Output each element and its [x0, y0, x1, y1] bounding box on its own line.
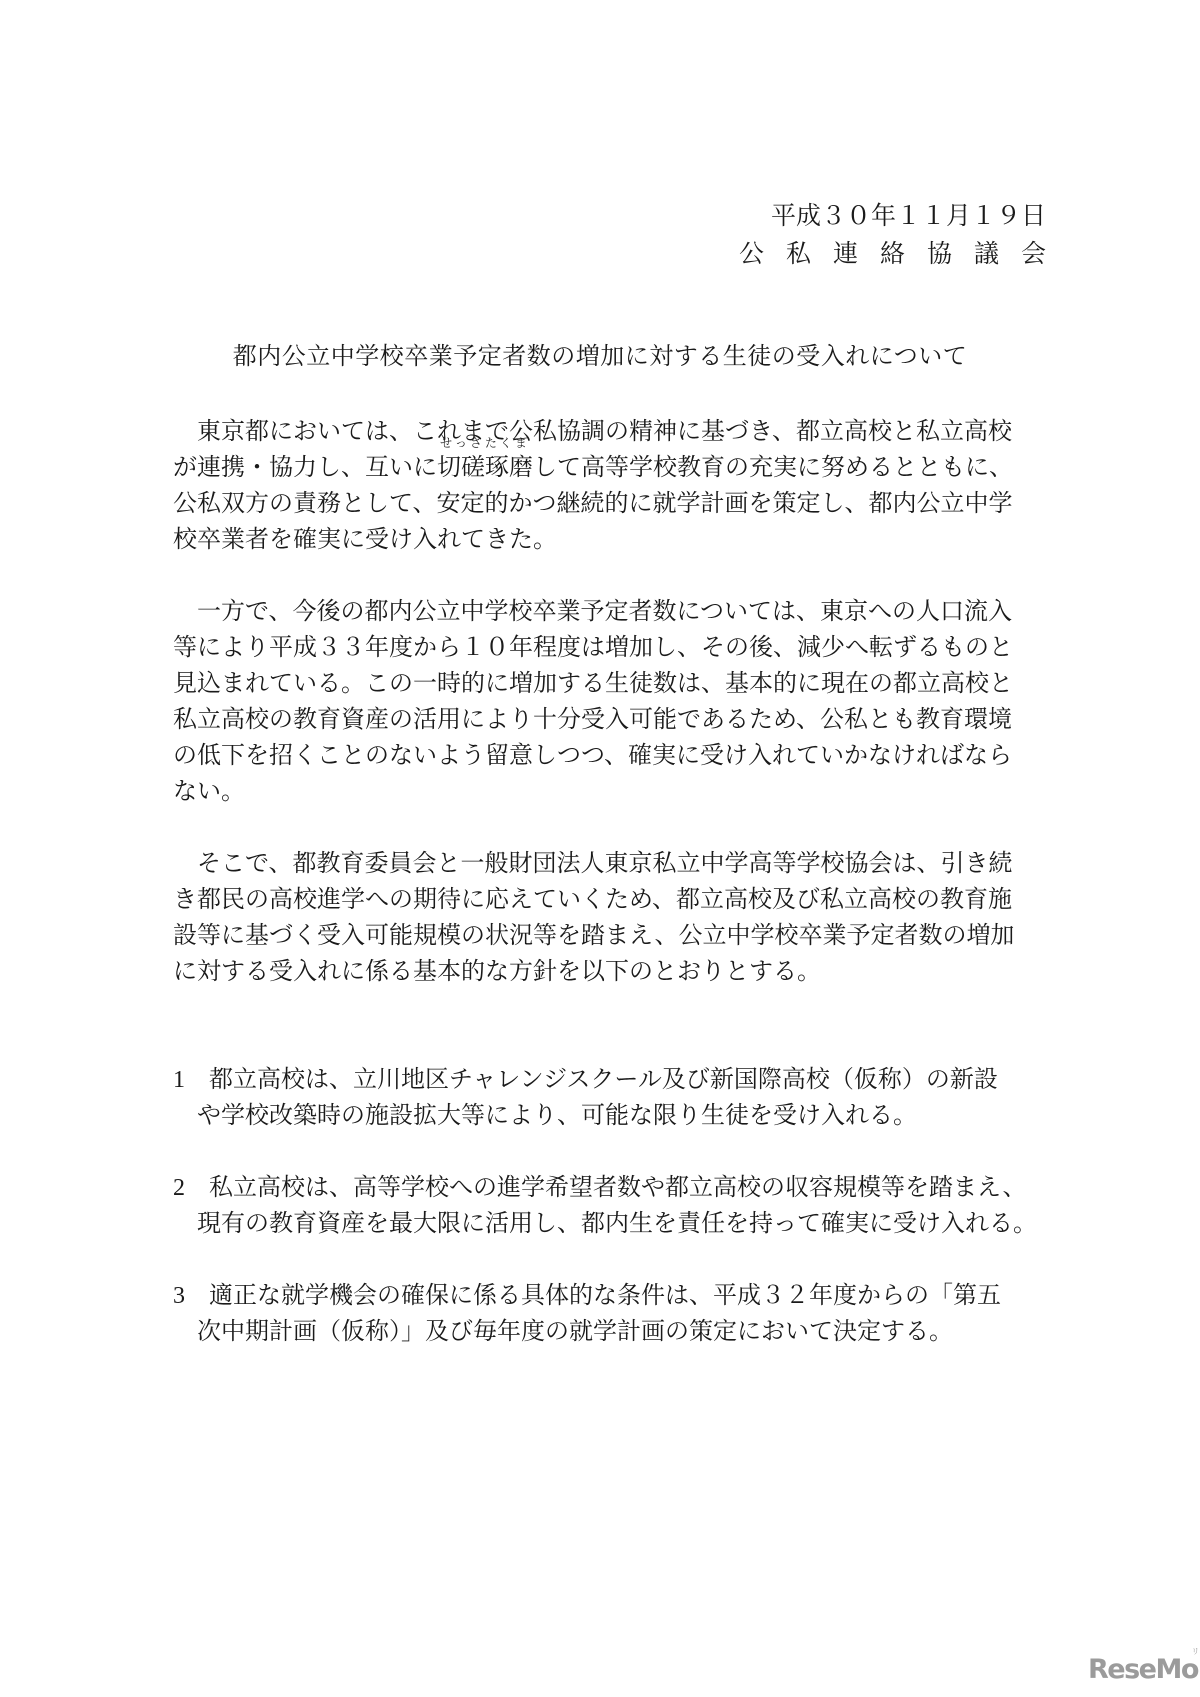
numbered-item-3: 3 適正な就学機会の確保に係る具体的な条件は、平成３２年度からの「第五 次中期計… [173, 1278, 1043, 1350]
document-title: 都内公立中学校卒業予定者数の増加に対する生徒の受入れについて [0, 336, 1200, 371]
text-line: き都民の高校進学への期待に応えていくため、都立高校及び私立高校の教育施 [173, 882, 1043, 918]
paragraph-1: 東京都においては、これまで公私協調の精神に基づき、都立高校と私立高校 が連携・協… [173, 414, 1043, 558]
text-line: 公私双方の責務として、安定的かつ継続的に就学計画を策定し、都内公立中学 [173, 486, 1043, 522]
text-line: 2 私立高校は、高等学校への進学希望者数や都立高校の収容規模等を踏まえ、 [173, 1170, 1043, 1206]
document-organization: 公私連絡協議会 [734, 236, 1068, 274]
text-line: 見込まれている。この一時的に増加する生徒数は、基本的に現在の都立高校と [173, 666, 1043, 702]
text-line: 設等に基づく受入可能規模の状況等を踏まえ、公立中学校卒業予定者数の増加 [173, 918, 1043, 954]
text-line: 一方で、今後の都内公立中学校卒業予定者数については、東京への人口流入 [173, 594, 1043, 630]
text-line: そこで、都教育委員会と一般財団法人東京私立中学高等学校協会は、引き続 [173, 846, 1043, 882]
text-line: 等により平成３３年度から１０年程度は増加し、その後、減少へ転ずるものと [173, 630, 1043, 666]
document-date: 平成３０年１１月１９日 [734, 198, 1046, 236]
resemom-logo-text: ReseMom. [1088, 1654, 1200, 1685]
text-segment: が連携・協力し、互いに [173, 455, 437, 481]
resemom-logo: リセマムReseMom. [1088, 1655, 1200, 1685]
furigana-ruby: せっさたくま切磋琢磨 [437, 450, 533, 486]
text-line: 3 適正な就学機会の確保に係る具体的な条件は、平成３２年度からの「第五 [173, 1278, 1043, 1314]
text-line: 現有の教育資産を最大限に活用し、都内生を責任を持って確実に受け入れる。 [173, 1206, 1043, 1242]
resemom-logo-ruby: リセマム [1191, 1648, 1200, 1656]
text-line: ない。 [173, 774, 1043, 810]
numbered-item-2: 2 私立高校は、高等学校への進学希望者数や都立高校の収容規模等を踏まえ、 現有の… [173, 1170, 1043, 1242]
text-line: の低下を招くことのないよう留意しつつ、確実に受け入れていかなければなら [173, 738, 1043, 774]
paragraph-2: 一方で、今後の都内公立中学校卒業予定者数については、東京への人口流入 等により平… [173, 594, 1043, 810]
numbered-item-1: 1 都立高校は、立川地区チャレンジスクール及び新国際高校（仮称）の新設 や学校改… [173, 1062, 1043, 1134]
document-body: 東京都においては、これまで公私協調の精神に基づき、都立高校と私立高校 が連携・協… [173, 414, 1043, 1386]
document-page: 平成３０年１１月１９日 公私連絡協議会 都内公立中学校卒業予定者数の増加に対する… [0, 0, 1200, 1697]
text-line: 1 都立高校は、立川地区チャレンジスクール及び新国際高校（仮称）の新設 [173, 1062, 1043, 1098]
document-header: 平成３０年１１月１９日 公私連絡協議会 [734, 198, 1046, 274]
text-line: や学校改築時の施設拡大等により、可能な限り生徒を受け入れる。 [173, 1098, 1043, 1134]
furigana-base: 切磋琢磨 [437, 455, 533, 481]
text-segment: して高等学校教育の充実に努めるとともに、 [533, 455, 1013, 481]
text-line: 東京都においては、これまで公私協調の精神に基づき、都立高校と私立高校 [173, 414, 1043, 450]
text-line: 校卒業者を確実に受け入れてきた。 [173, 522, 1043, 558]
text-line: 私立高校の教育資産の活用により十分受入可能であるため、公私とも教育環境 [173, 702, 1043, 738]
text-line: 次中期計画（仮称）」及び毎年度の就学計画の策定において決定する。 [173, 1314, 1043, 1350]
furigana-text: せっさたくま [440, 437, 530, 449]
text-line-with-furigana: が連携・協力し、互いにせっさたくま切磋琢磨して高等学校教育の充実に努めるとともに… [173, 450, 1043, 486]
text-line: に対する受入れに係る基本的な方針を以下のとおりとする。 [173, 954, 1043, 990]
paragraph-3: そこで、都教育委員会と一般財団法人東京私立中学高等学校協会は、引き続 き都民の高… [173, 846, 1043, 990]
